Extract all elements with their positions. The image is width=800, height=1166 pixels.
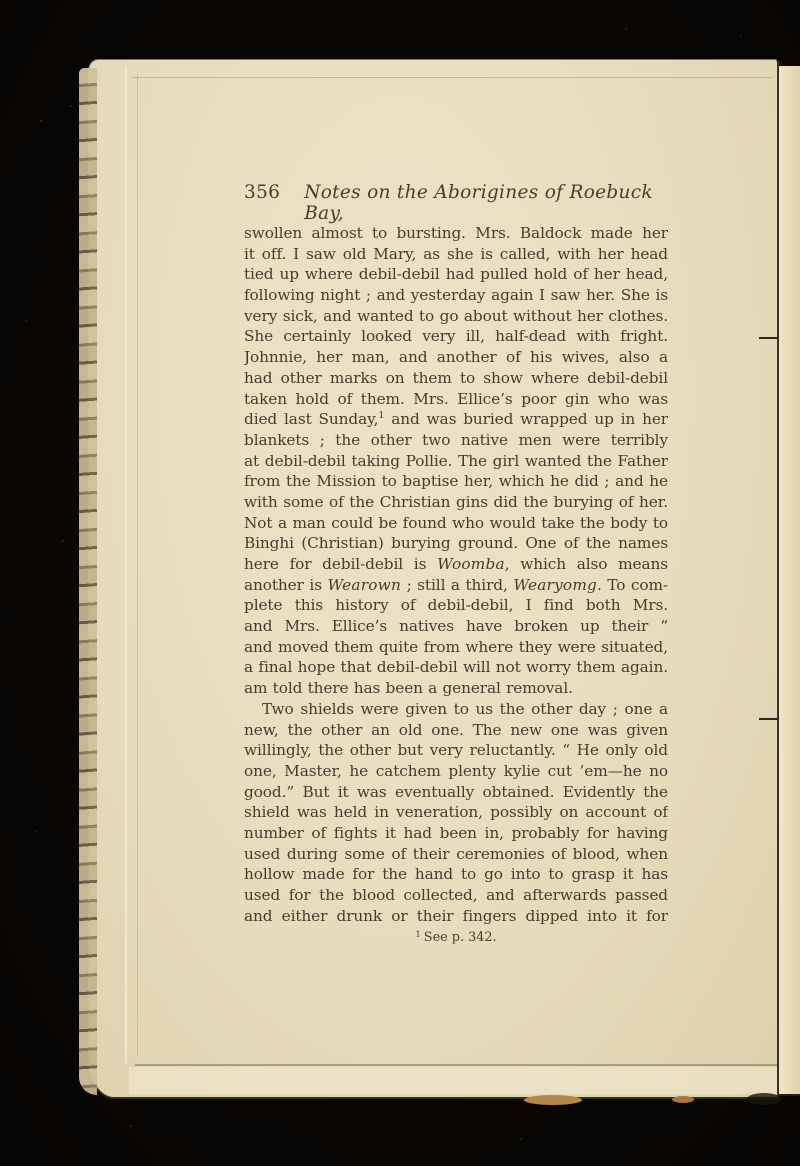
text-line: plete this history of debil-debil, I fin… [244, 595, 668, 616]
text-line: Two shields were given to us the other d… [244, 699, 668, 720]
text-line: number of fights it had been in, probabl… [244, 823, 668, 844]
footnote-marker: 1 [415, 930, 420, 940]
text-line: a final hope that debil-debil will not w… [244, 657, 668, 678]
text-line: and moved them quite from where they wer… [244, 637, 668, 658]
page-crease-shadow [137, 74, 138, 1057]
book-page: 356 Notes on the Aborigines of Roebuck B… [88, 59, 779, 1099]
text-line: good.” But it was eventually obtained. E… [244, 782, 668, 803]
page-header: 356 Notes on the Aborigines of Roebuck B… [244, 182, 668, 224]
adjacent-page-edge [779, 66, 800, 1096]
text-line: am told there has been a general removal… [244, 678, 668, 699]
text-line: another is Wearown ; still a third, Wear… [244, 575, 668, 596]
text-line: Johnnie, her man, and another of his wiv… [244, 347, 668, 368]
corner-smudge [747, 1093, 781, 1105]
text-line: swollen almost to bursting. Mrs. Baldock… [244, 223, 668, 244]
text-line: at debil-debil taking Pollie. The girl w… [244, 451, 668, 472]
text-line: Not a man could be found who would take … [244, 513, 668, 534]
scan-dust-specks [40, 120, 42, 122]
body-text: swollen almost to bursting. Mrs. Baldock… [244, 223, 668, 926]
scan-background: 356 Notes on the Aborigines of Roebuck B… [0, 0, 800, 1166]
text-line: new, the other an old one. The new one w… [244, 720, 668, 741]
text-line: had other marks on them to show where de… [244, 368, 668, 389]
text-line: willingly, the other but very reluctantl… [244, 740, 668, 761]
page-crease-highlight [125, 68, 127, 1063]
text-line: it off. I saw old Mary, as she is called… [244, 244, 668, 265]
paper-stain [672, 1096, 694, 1103]
footnote: 1See p. 342. [244, 930, 668, 945]
footnote-text: See p. 342. [424, 930, 497, 945]
text-line: taken hold of them. Mrs. Ellice’s poor g… [244, 389, 668, 410]
spine-page-edges [79, 68, 97, 1095]
page-number: 356 [244, 182, 280, 203]
text-line: died last Sunday,1 and was buried wrappe… [244, 409, 668, 430]
text-line: very sick, and wanted to go about withou… [244, 306, 668, 327]
text-line: She certainly looked very ill, half-dead… [244, 326, 668, 347]
text-line: from the Mission to baptise her, which h… [244, 471, 668, 492]
text-line: tied up where debil-debil had pulled hol… [244, 264, 668, 285]
text-line: and either drunk or their fingers dipped… [244, 906, 668, 927]
text-line: blankets ; the other two native men were… [244, 430, 668, 451]
text-line: used during some of their ceremonies of … [244, 844, 668, 865]
text-line: one, Master, he catchem plenty kylie cut… [244, 761, 668, 782]
paper-stain [524, 1095, 582, 1105]
text-line: following night ; and yesterday again I … [244, 285, 668, 306]
text-line: used for the blood collected, and afterw… [244, 885, 668, 906]
text-line: with some of the Christian gins did the … [244, 492, 668, 513]
text-line: here for debil-debil is Woomba, which al… [244, 554, 668, 575]
text-line: shield was held in veneration, possibly … [244, 802, 668, 823]
running-title: Notes on the Aborigines of Roebuck Bay, [304, 182, 668, 224]
text-line: hollow made for the hand to go into to g… [244, 864, 668, 885]
text-block: 356 Notes on the Aborigines of Roebuck B… [244, 60, 668, 1097]
text-line: and Mrs. Ellice’s natives have broken up… [244, 616, 668, 637]
text-line: Binghi (Christian) burying ground. One o… [244, 533, 668, 554]
